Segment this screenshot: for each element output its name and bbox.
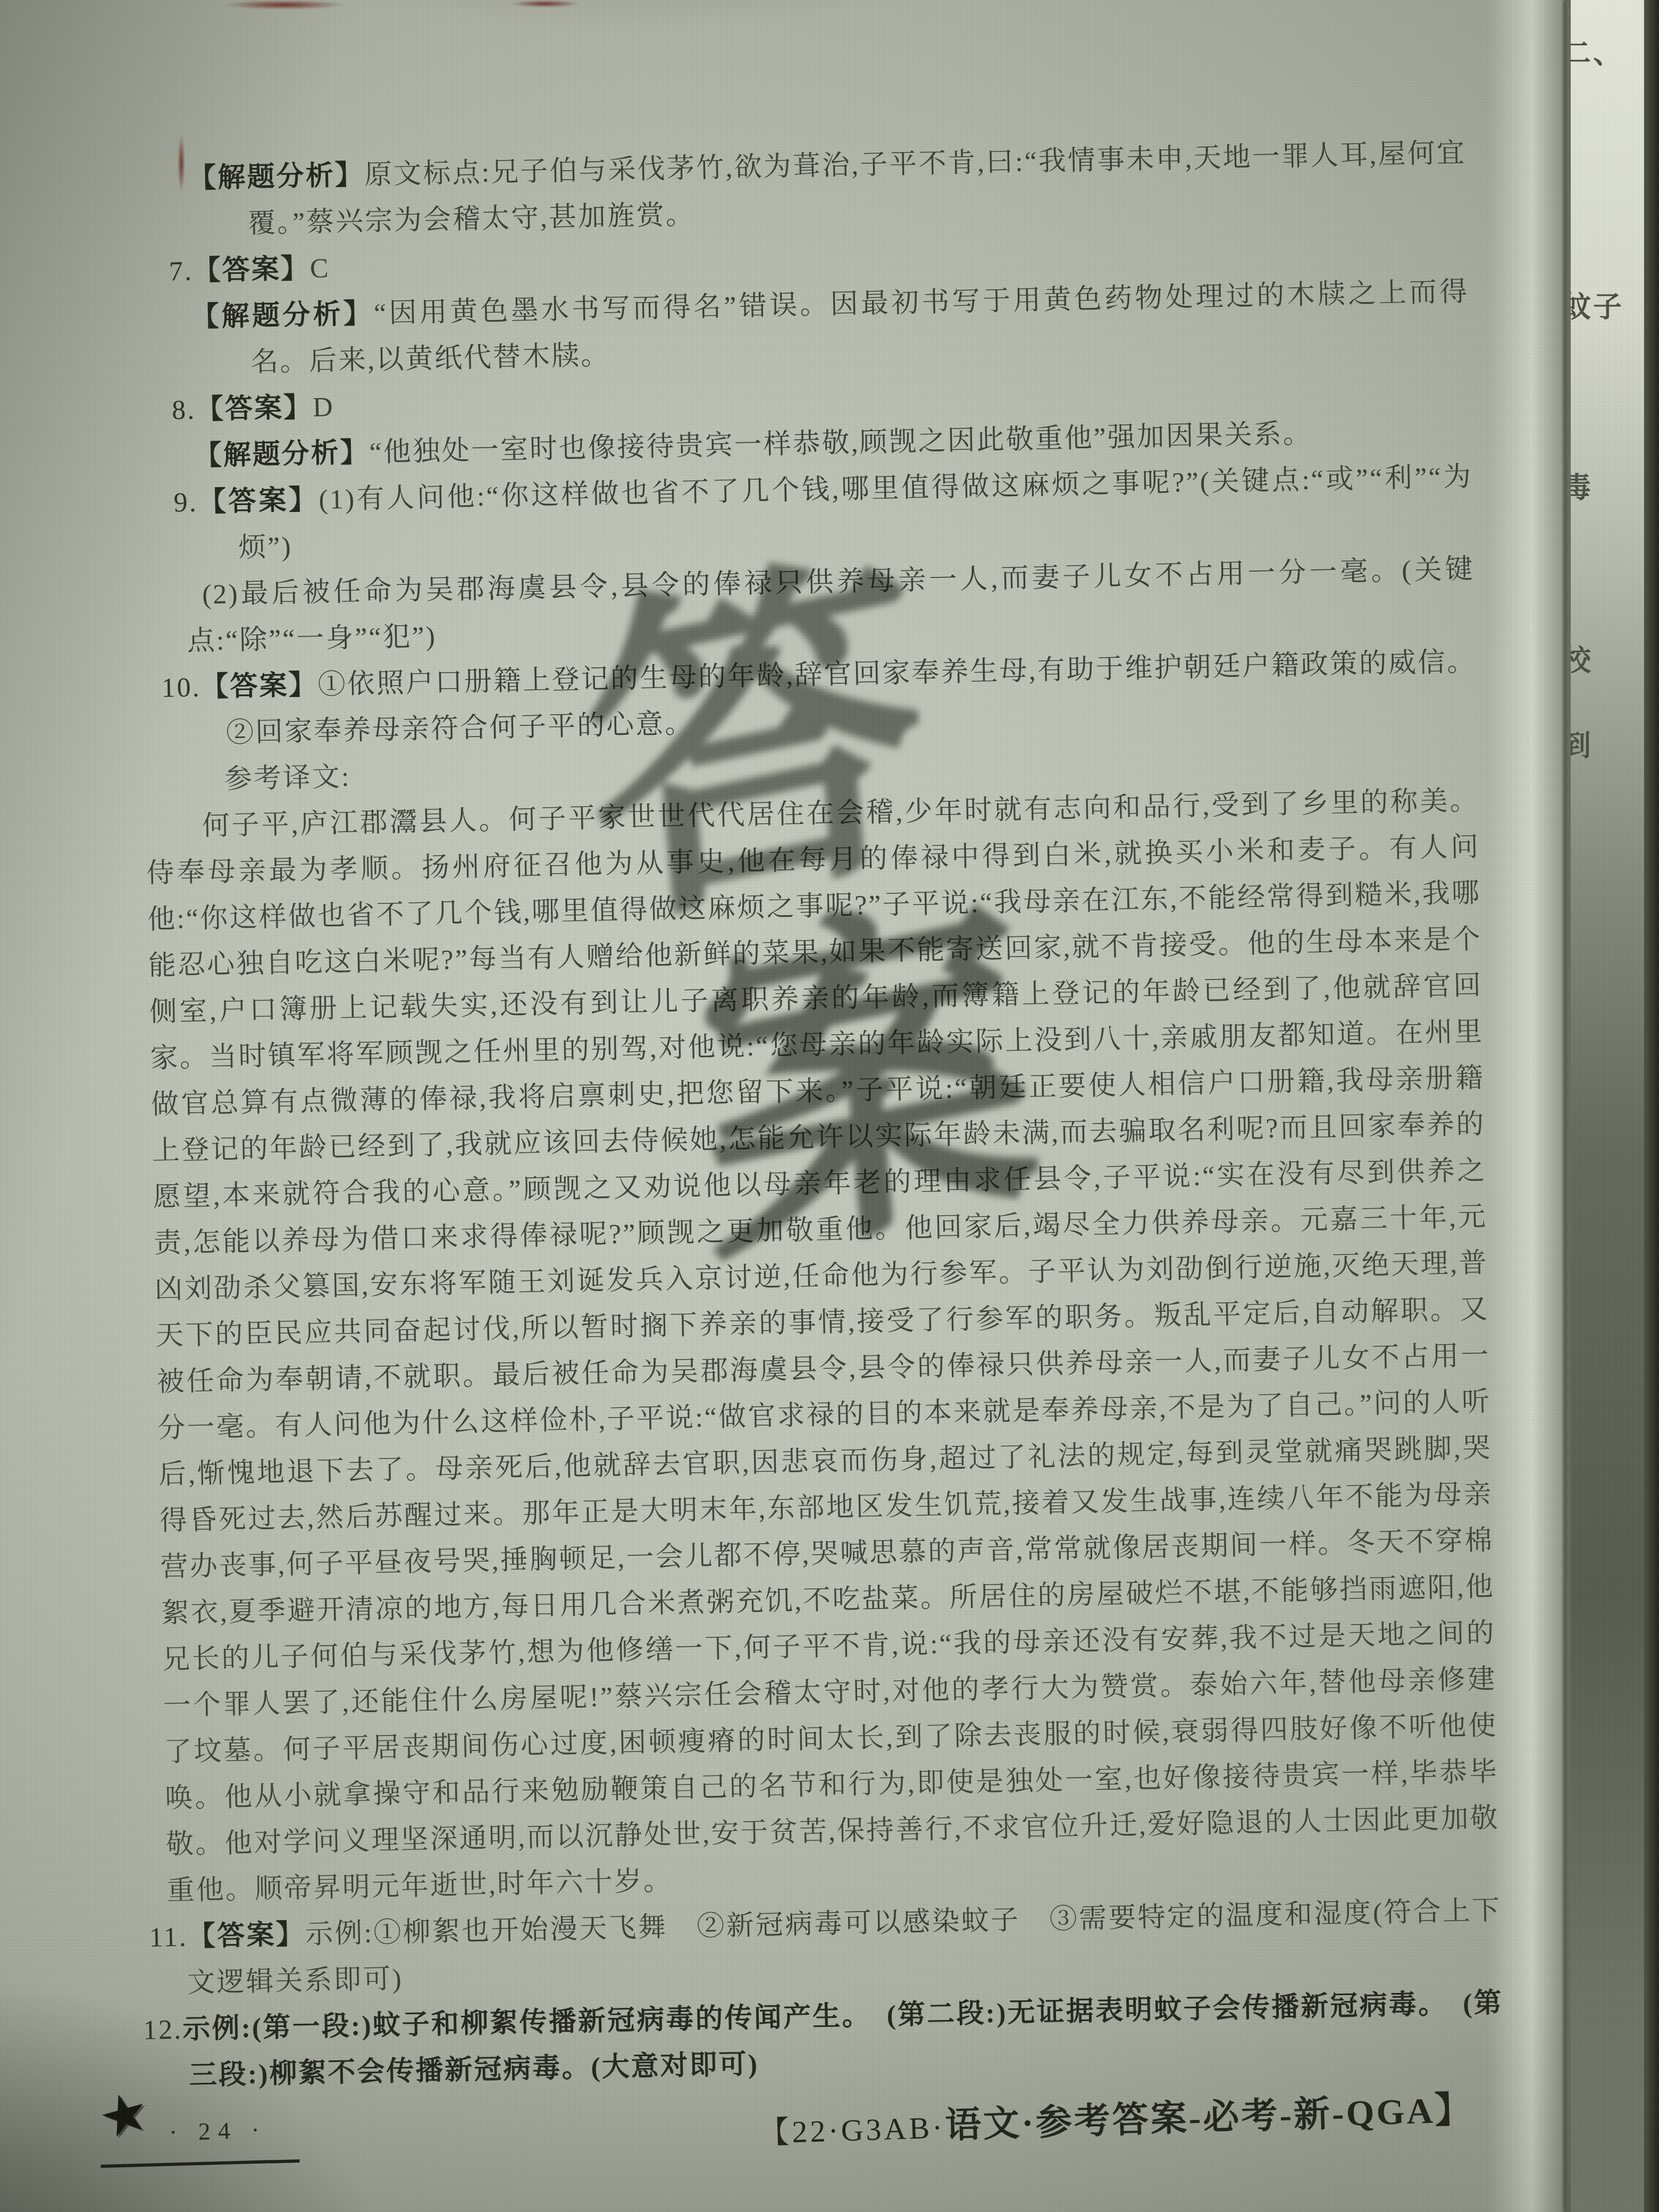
answer-text: D (312, 392, 334, 423)
question-number: 9. (173, 487, 198, 518)
page-number-text: · 24 · (169, 2116, 267, 2146)
answer-label: 示例:(第一段:)蚊子和柳絮传播新冠病毒的传闻产生。 (第二段:)无证据表明蚊子… (182, 1988, 1504, 2091)
printed-content: 【解题分析】原文标点:兄子伯与采伐茅竹,欲为葺治,子平不肯,曰:“我情事未申,天… (0, 0, 1568, 2169)
edge-glyph: 毒 (1571, 465, 1593, 506)
answer-label: 【答案】 (196, 392, 313, 425)
red-ink-mark (223, 0, 346, 10)
paper-code-prefix: 【22·G3AB· (758, 2110, 946, 2150)
answer-text: C (309, 253, 330, 284)
question-number: 12. (143, 2015, 183, 2046)
answer-text: 示例:①柳絮也开始漫天飞舞 ②新冠病毒可以感染蚊子 ③需要特定的温度和湿度(符合… (187, 1896, 1502, 1999)
edge-glyph: 校 (1571, 638, 1593, 679)
red-ink-mark (178, 134, 185, 192)
page-seam (1563, 0, 1571, 2212)
reference-translation-paragraph: 何子平,庐江郡灊县人。何子平家世世代代居住在会稽,少年时就有志向和品行,受到了乡… (145, 777, 1501, 1914)
question-number: 7. (169, 256, 193, 287)
answer-text: ①依照户口册籍上登记的生母的年龄,辞官回家奉养生母,有助于维护朝廷户籍政策的威信… (226, 647, 1477, 748)
question-number: 10. (161, 672, 201, 703)
edge-glyph: 蚊子 (1571, 284, 1624, 325)
adjacent-page-edge: 二、 蚊子 毒 校 到 (1571, 0, 1644, 2212)
photo-of-answer-sheet: 【解题分析】原文标点:兄子伯与采伐茅竹,欲为葺治,子平不肯,曰:“我情事未申,天… (0, 0, 1659, 2212)
analysis-label: 【解题分析】 (194, 438, 370, 472)
edge-glyph: 二、 (1571, 31, 1624, 72)
answer-label: 【答案】 (192, 254, 310, 286)
answer-label: 【答案】 (200, 670, 318, 702)
answer-text-part1: (1)有人问他:“你这样做也省不了几个钱,哪里值得做这麻烦之事呢?”(关键点:“… (238, 462, 1473, 563)
answer-label: 【答案】 (187, 1920, 306, 1952)
question-number: 8. (172, 395, 196, 425)
paper-code-main: 语文·参考答案-必考-新-QGA】 (944, 2089, 1473, 2146)
red-ink-mark (510, 0, 580, 7)
analysis-label: 【解题分析】 (188, 160, 365, 194)
answer-sheet-page: 【解题分析】原文标点:兄子伯与采伐茅竹,欲为葺治,子平不肯,曰:“我情事未申,天… (0, 0, 1568, 2212)
analysis-label: 【解题分析】 (191, 299, 374, 333)
edge-glyph: 到 (1571, 723, 1593, 764)
analysis-text: “因用黄色墨水书写而得名”错误。因最初书写于用黄色药物处理过的木牍之上而得名。后… (250, 276, 1469, 378)
answer-text-part2: (2)最后被任命为吴郡海虞县令,县令的俸禄只供养母亲一人,而妻子儿女不占用一分一… (187, 554, 1474, 657)
question-number: 11. (149, 1922, 188, 1953)
page-number: ★· 24 · (99, 2106, 299, 2168)
photo-dark-edge (1643, 0, 1659, 2212)
answer-label: 【答案】 (197, 485, 319, 518)
paper-code: 【22·G3AB·语文·参考答案-必考-新-QGA】 (758, 2087, 1474, 2158)
analysis-text: 原文标点:兄子伯与采伐茅竹,欲为葺治,子平不肯,曰:“我情事未申,天地一罪人耳,… (248, 138, 1467, 239)
